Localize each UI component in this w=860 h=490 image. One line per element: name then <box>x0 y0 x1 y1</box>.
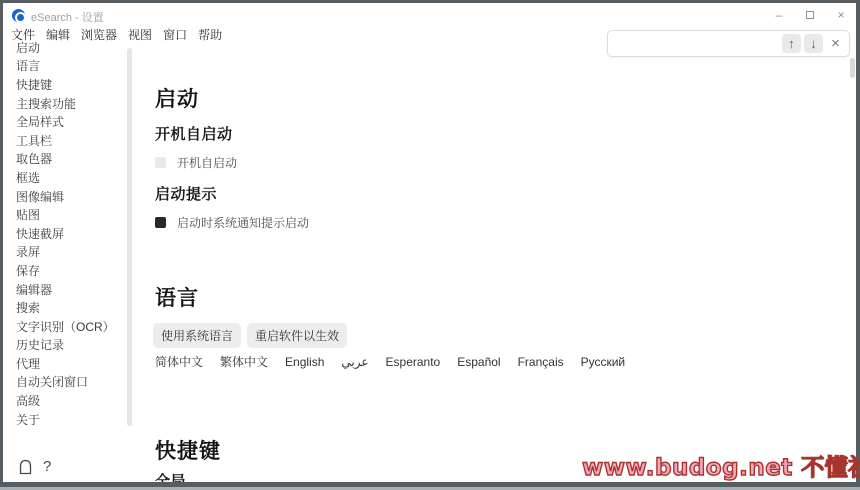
sidebar-item-advanced[interactable]: 高级 <box>3 391 135 410</box>
bell-icon[interactable] <box>18 458 33 475</box>
subsection-title-global-partial: 全局 <box>155 470 186 482</box>
autostart-checkbox[interactable] <box>155 157 166 168</box>
language-buttons-row: 使用系统语言 重启软件以生效 <box>153 323 347 348</box>
sidebar-item-quick-screenshot[interactable]: 快速截屏 <box>3 224 135 243</box>
sidebar-item-about[interactable]: 关于 <box>3 410 135 429</box>
language-option-traditional-chinese[interactable]: 繁体中文 <box>220 353 268 370</box>
subsection-title-autostart: 开机自启动 <box>155 123 233 144</box>
sidebar-scrollbar[interactable] <box>127 48 132 426</box>
language-option-french[interactable]: Français <box>518 355 564 369</box>
language-option-english[interactable]: English <box>285 355 324 369</box>
language-option-russian[interactable]: Русский <box>581 355 626 369</box>
sidebar-item-pin-image[interactable]: 贴图 <box>3 205 135 224</box>
section-title-startup: 启动 <box>155 83 199 113</box>
sidebar-item-image-edit[interactable]: 图像编辑 <box>3 187 135 206</box>
startup-tip-checkbox-row: 启动时系统通知提示启动 <box>155 214 309 231</box>
find-next-button[interactable]: ↓ <box>804 34 823 53</box>
language-option-simplified-chinese[interactable]: 简体中文 <box>155 353 203 370</box>
find-input[interactable] <box>612 37 779 51</box>
startup-tip-checkbox-label[interactable]: 启动时系统通知提示启动 <box>177 214 309 231</box>
autostart-checkbox-label[interactable]: 开机自启动 <box>177 154 237 171</box>
sidebar-item-save[interactable]: 保存 <box>3 261 135 280</box>
sidebar-item-editor[interactable]: 编辑器 <box>3 280 135 299</box>
esearch-app-icon <box>12 9 25 22</box>
footer-icons: ? <box>18 458 51 475</box>
watermark-text: www.budog.net 不懂社区 <box>582 449 860 482</box>
sidebar-item-startup[interactable]: 启动 <box>3 38 135 57</box>
sidebar-nav: 启动 语言 快捷键 主搜索功能 全局样式 工具栏 取色器 框选 图像编辑 贴图 … <box>3 38 135 428</box>
sidebar-item-ocr[interactable]: 文字识别（OCR） <box>3 317 135 336</box>
use-system-language-button[interactable]: 使用系统语言 <box>153 323 241 348</box>
help-icon[interactable]: ? <box>43 458 51 475</box>
find-bar: ↑ ↓ × <box>607 30 850 57</box>
sidebar-item-box-select[interactable]: 框选 <box>3 168 135 187</box>
sidebar-item-history[interactable]: 历史记录 <box>3 336 135 355</box>
language-option-esperanto[interactable]: Esperanto <box>386 355 441 369</box>
subsection-title-startup-tip: 启动提示 <box>155 183 217 204</box>
content-scrollbar[interactable] <box>850 58 855 78</box>
language-option-spanish[interactable]: Español <box>457 355 500 369</box>
sidebar-item-auto-close-window[interactable]: 自动关闭窗口 <box>3 373 135 392</box>
settings-window: eSearch - 设置 – × 文件 编辑 浏览器 视图 窗口 帮助 ↑ ↓ … <box>3 3 856 482</box>
language-option-arabic[interactable]: عربي <box>341 355 368 369</box>
sidebar-item-hotkeys[interactable]: 快捷键 <box>3 75 135 94</box>
sidebar-item-proxy[interactable]: 代理 <box>3 354 135 373</box>
sidebar-item-language[interactable]: 语言 <box>3 57 135 76</box>
restart-to-apply-button[interactable]: 重启软件以生效 <box>247 323 347 348</box>
sidebar-item-color-picker[interactable]: 取色器 <box>3 150 135 169</box>
sidebar-item-main-search[interactable]: 主搜索功能 <box>3 94 135 113</box>
autostart-checkbox-row: 开机自启动 <box>155 154 237 171</box>
section-title-hotkeys: 快捷键 <box>155 435 221 465</box>
settings-content: 启动 开机自启动 开机自启动 启动提示 启动时系统通知提示启动 语言 使用系统语… <box>155 3 845 482</box>
find-close-button[interactable]: × <box>826 34 845 53</box>
sidebar-item-search[interactable]: 搜索 <box>3 298 135 317</box>
window-title: eSearch - 设置 <box>31 9 104 25</box>
language-options-row: 简体中文 繁体中文 English عربي Esperanto Español… <box>155 353 625 370</box>
sidebar-item-toolbar[interactable]: 工具栏 <box>3 131 135 150</box>
sidebar-item-screen-record[interactable]: 录屏 <box>3 243 135 262</box>
startup-tip-checkbox[interactable] <box>155 217 166 228</box>
find-previous-button[interactable]: ↑ <box>782 34 801 53</box>
sidebar-item-global-style[interactable]: 全局样式 <box>3 112 135 131</box>
section-title-language: 语言 <box>155 282 199 312</box>
